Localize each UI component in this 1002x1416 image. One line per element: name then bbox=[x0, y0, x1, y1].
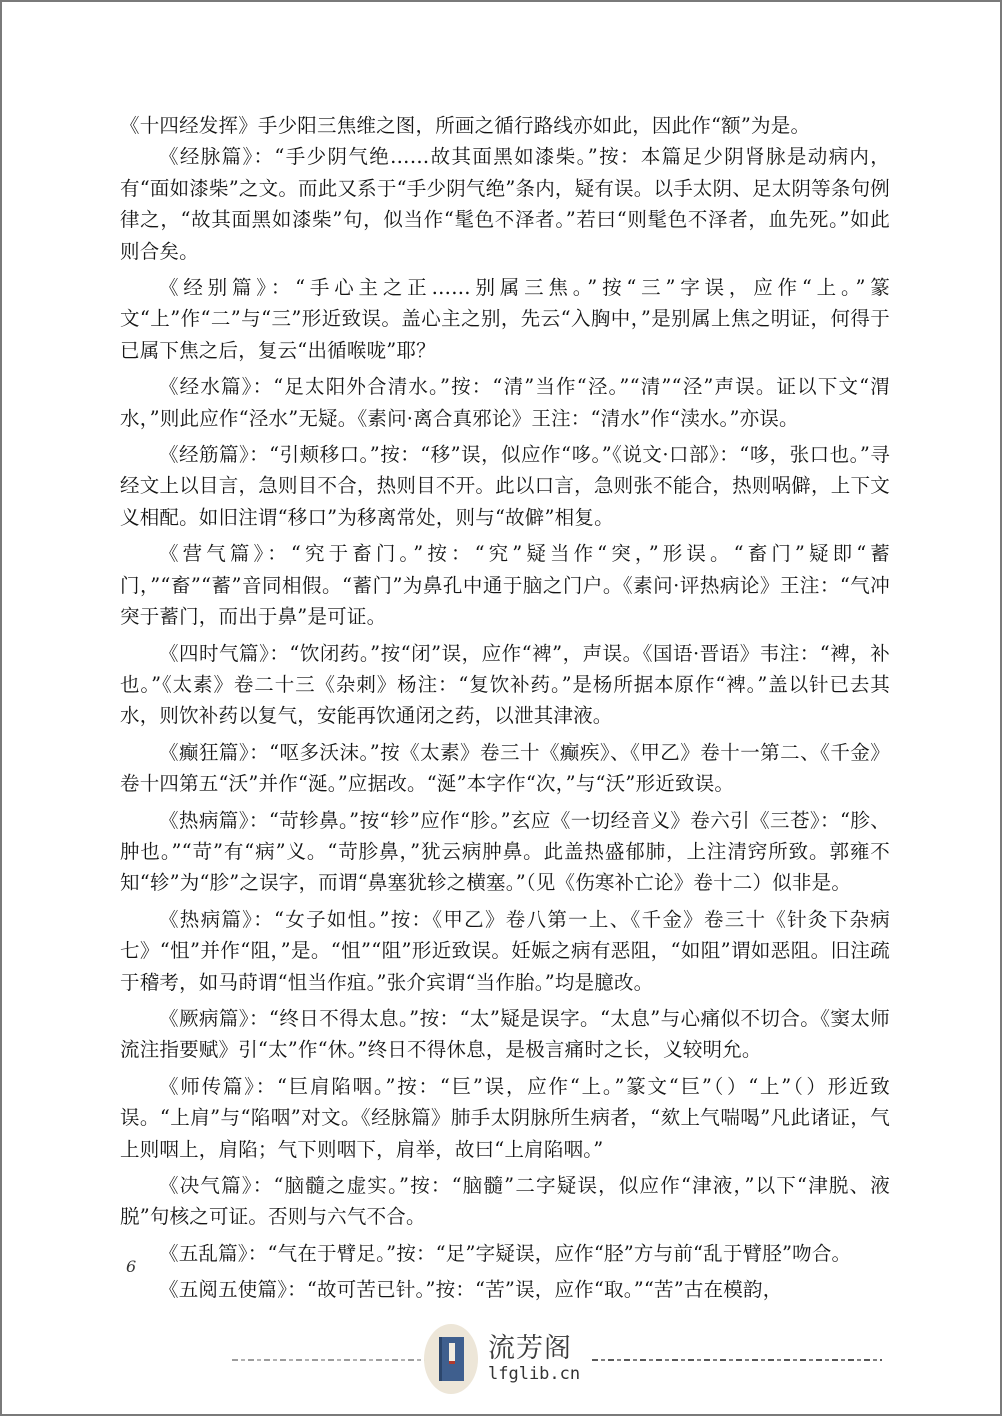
paragraph-yingqi: 《营气篇》：“究于畜门。”按：“究”疑当作“突，”形误。“畜门”疑即“蓄门，”“… bbox=[120, 538, 890, 632]
paragraph-shichuan: 《师传篇》：“巨肩陷咽。”按：“巨”误，应作“上。”篆文“巨”（𢀜）“上”（𠄞）… bbox=[120, 1071, 890, 1165]
paragraph-sishiqi: 《四时气篇》：“饮闭药。”按“闭”误，应作“裨”，声误。《国语·晋语》韦注：“裨… bbox=[120, 638, 890, 732]
page-number: 6 bbox=[126, 1257, 136, 1276]
paragraph-jingjin: 《经筋篇》：“引颊移口。”按：“移”误，似应作“哆。”《说文·口部》：“哆，张口… bbox=[120, 439, 890, 533]
book-icon bbox=[439, 1337, 464, 1381]
paragraph-jingbie: 《经别篇》：“手心主之正……别属三焦。”按“三”字误，应作“上。”篆文“上”作“… bbox=[120, 272, 890, 366]
paragraph-rebing-1: 《热病篇》：“苛轸鼻。”按“轸”应作“胗。”玄应《一切经音义》卷六引《三苍》：“… bbox=[120, 805, 890, 899]
paragraph-jingshui: 《经水篇》：“足太阳外合清水。”按：“清”当作“泾。”“清”“泾”声误。证以下文… bbox=[120, 371, 890, 434]
watermark-logo: 流芳阁 lfglib.cn bbox=[424, 1324, 624, 1394]
paragraph-diankuang: 《癫狂篇》：“呕多沃沫。”按《太素》卷三十《癫疾》、《甲乙》卷十一第二、《千金》… bbox=[120, 737, 890, 800]
watermark-title: 流芳阁 bbox=[488, 1334, 580, 1364]
paragraph-jingmai: 《经脉篇》：“手少阴气绝……故其面黑如漆柴。”按：本篇足少阴肾脉是动病内，有“面… bbox=[120, 141, 890, 267]
document-body: 《十四经发挥》手少阳三焦维之图，所画之循行路线亦如此，因此作“额”为是。 《经脉… bbox=[120, 110, 890, 1306]
scan-artifact-line-left bbox=[232, 1359, 427, 1361]
watermark-text: 流芳阁 lfglib.cn bbox=[486, 1334, 582, 1384]
paragraph-continuation-shisijing: 《十四经发挥》手少阳三焦维之图，所画之循行路线亦如此，因此作“额”为是。 bbox=[120, 110, 890, 141]
watermark-url: lfglib.cn bbox=[488, 1364, 580, 1384]
paragraph-wuluan: 《五乱篇》：“气在于臂足。”按：“足”字疑误，应作“胫”方与前“乱于臂胫”吻合。 bbox=[120, 1238, 890, 1269]
paragraph-jueqi: 《决气篇》：“脑髓之虚实。”按：“脑髓”二字疑误，似应作“津液，”以下“津脱、液… bbox=[120, 1170, 890, 1233]
paragraph-rebing-2: 《热病篇》：“女子如怚。”按：《甲乙》卷八第一上、《千金》卷三十《针灸下杂病七》… bbox=[120, 904, 890, 998]
book-icon-badge bbox=[424, 1324, 478, 1394]
scanned-page: 《十四经发挥》手少阳三焦维之图，所画之循行路线亦如此，因此作“额”为是。 《经脉… bbox=[2, 2, 1002, 1416]
scan-artifact-line-right bbox=[592, 1359, 882, 1361]
paragraph-wuyuewushi: 《五阅五使篇》：“故可苦已针。”按：“苦”误，应作“取。”“苦”古在模韵， bbox=[120, 1274, 890, 1305]
paragraph-juebing: 《厥病篇》：“终日不得太息。”按：“太”疑是误字。“太息”与心痛似不切合。《窦太… bbox=[120, 1003, 890, 1066]
